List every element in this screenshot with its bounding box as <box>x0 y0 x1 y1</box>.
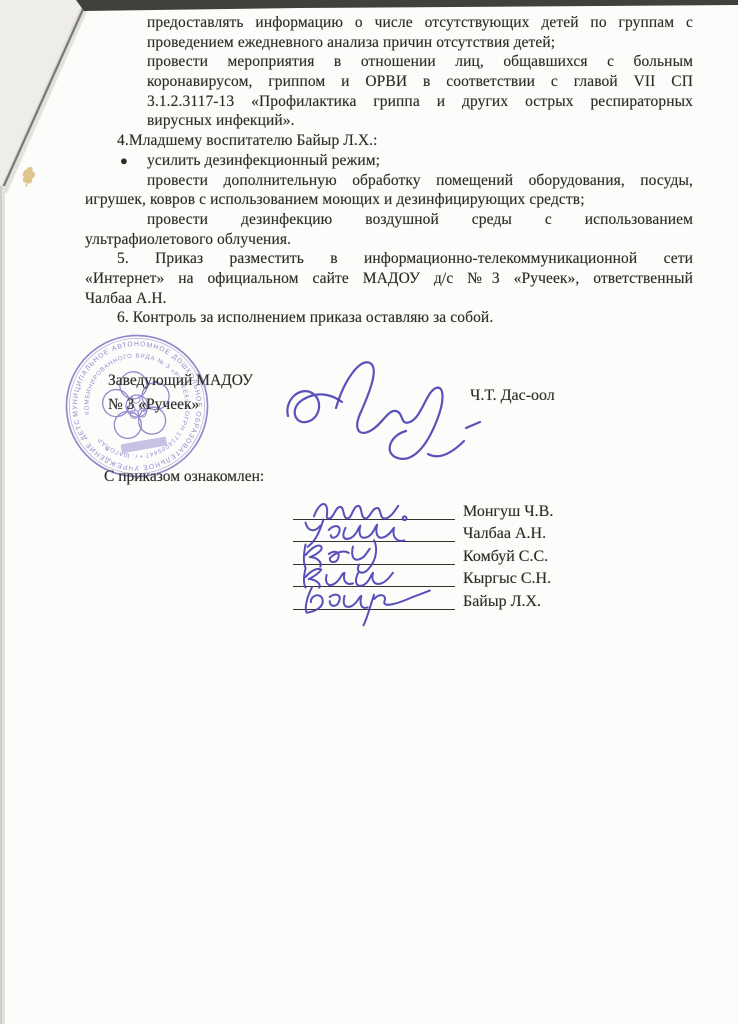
doc-text-line: игрушек, ковров с использованием моющих … <box>85 190 693 210</box>
doc-text-line: вирусных инфекций». <box>147 111 693 131</box>
document-body: ●предоставлять информацию о числе отсутс… <box>0 13 738 328</box>
signer-name: Байыр Л.Х. <box>463 593 541 611</box>
acknowledgement-label: С приказом ознакомлен: <box>104 468 264 486</box>
scanned-document-page: МУНИЦИПАЛЬНОЕ АВТОНОМНОЕ ДОШКОЛЬНОЕ ОБРА… <box>0 0 738 1024</box>
sign-off-role: Заведующий МАДОУ № 3 «Ручеек» <box>108 369 253 416</box>
doc-text-line: ●провести дополнительную обработку помещ… <box>147 171 693 191</box>
doc-text-line: Чалбаа А.Н. <box>85 289 693 309</box>
doc-text-line: ●провести дезинфекцию воздушной среды с … <box>147 210 693 230</box>
role-line: Заведующий МАДОУ <box>108 369 253 393</box>
doc-text-line: 6. Контроль за исполнением приказа остав… <box>117 308 693 328</box>
doc-text-line: 5. Приказ разместить в информационно-тел… <box>117 249 693 269</box>
signer-name: Чалбаа А.Н. <box>463 525 546 543</box>
role-line: № 3 «Ручеек» <box>108 393 253 417</box>
doc-text-line: «Интернет» на официальном сайте МАДОУ д/… <box>85 269 693 289</box>
signer-name: Комбуй С.С. <box>463 548 548 566</box>
bullet-icon: ● <box>120 151 140 171</box>
director-name: Ч.Т. Дас-оол <box>470 387 555 405</box>
director-signature <box>276 336 491 471</box>
doc-text-line: ультрафиолетового облучения. <box>85 230 693 250</box>
handwritten-signature <box>295 582 453 616</box>
scan-top-edge <box>76 0 738 11</box>
signer-name: Кыргыс С.Н. <box>463 570 551 588</box>
doc-text-line: коронавирусом, гриппом и ОРВИ в соответс… <box>147 72 693 92</box>
doc-text-line: 3.1.2.3117-13 «Профилактика гриппа и дру… <box>147 92 693 112</box>
doc-text-line: 4.Младшему воспитателю Байыр Л.Х.: <box>117 131 693 151</box>
doc-text-line: проведением ежедневного анализа причин о… <box>147 33 693 53</box>
doc-text-line: ●предоставлять информацию о числе отсутс… <box>147 13 693 33</box>
doc-text-line: ●усилить дезинфекционный режим; <box>147 151 693 171</box>
acknowledgement-row: Байыр Л.Х. <box>291 589 651 612</box>
acknowledgement-list: Монгуш Ч.В.Чалбаа А.Н.Комбуй С.С.Кыргыс … <box>291 499 651 612</box>
doc-text-line: ●провести мероприятия в отношении лиц, о… <box>147 52 693 72</box>
signer-name: Монгуш Ч.В. <box>463 503 553 521</box>
